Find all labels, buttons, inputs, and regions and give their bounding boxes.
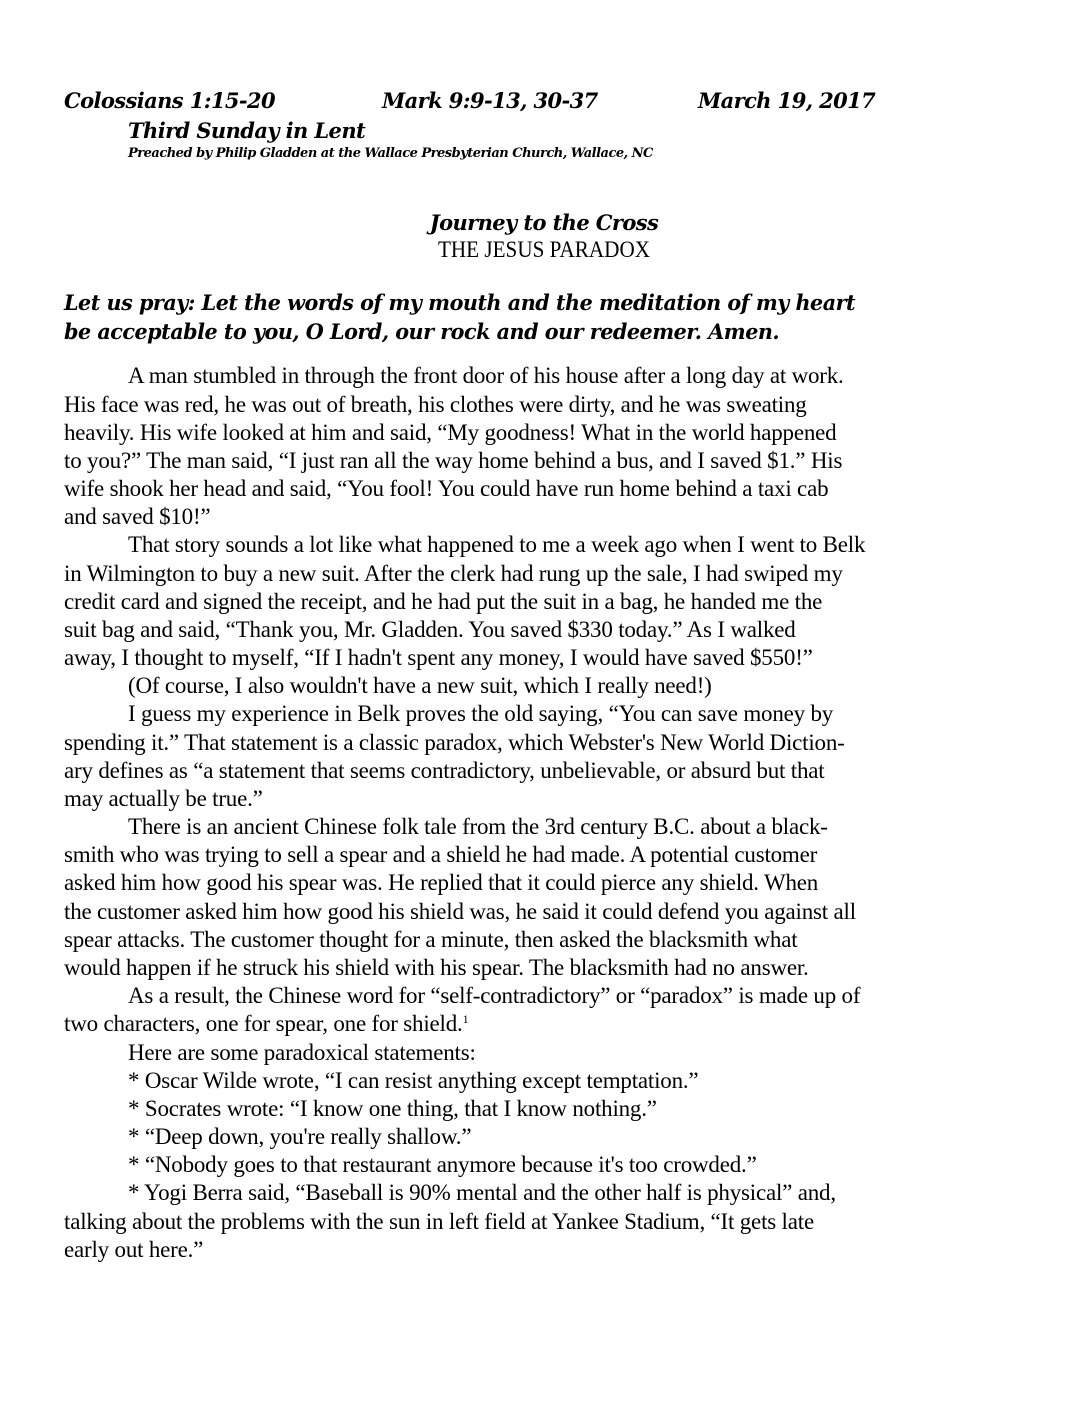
paradox-list-item: * Oscar Wilde wrote, “I can resist anyth… bbox=[128, 1068, 698, 1094]
sermon-page: Colossians 1:15-20 Mark 9:9-13, 30-37 Ma… bbox=[0, 0, 1088, 1408]
paradox-list-item: * Yogi Berra said, “Baseball is 90% ment… bbox=[128, 1180, 836, 1206]
footnote-marker[interactable]: 1 bbox=[463, 1012, 469, 1026]
liturgical-occasion: Third Sunday in Lent bbox=[128, 118, 365, 143]
body-line: As a result, the Chinese word for “self-… bbox=[128, 983, 860, 1009]
body-line: There is an ancient Chinese folk tale fr… bbox=[128, 814, 828, 840]
prayer-line-2: be acceptable to you, O Lord, our rock a… bbox=[64, 319, 1020, 344]
body-line: would happen if he struck his shield wit… bbox=[64, 955, 809, 981]
body-line: the customer asked him how good his shie… bbox=[64, 899, 856, 925]
body-line: smith who was trying to sell a spear and… bbox=[64, 842, 817, 868]
body-line: spear attacks. The customer thought for … bbox=[64, 927, 797, 953]
body-line: and saved $10!” bbox=[64, 504, 210, 530]
body-line: ary defines as “a statement that seems c… bbox=[64, 758, 824, 784]
preacher-line: Preached by Philip Gladden at the Wallac… bbox=[128, 146, 653, 161]
paradox-list-item: * Socrates wrote: “I know one thing, tha… bbox=[128, 1096, 657, 1122]
body-line: I guess my experience in Belk proves the… bbox=[128, 701, 833, 727]
scripture-reference-2: Mark 9:9-13, 30-37 bbox=[382, 88, 598, 113]
sermon-date: March 19, 2017 bbox=[698, 88, 875, 113]
body-line: wife shook her head and said, “You fool!… bbox=[64, 476, 828, 502]
body-line: heavily. His wife looked at him and said… bbox=[64, 420, 836, 446]
body-line: in Wilmington to buy a new suit. After t… bbox=[64, 561, 843, 587]
body-line-text: two characters, one for spear, one for s… bbox=[64, 1011, 463, 1036]
paradox-list-item: * “Deep down, you're really shallow.” bbox=[128, 1124, 471, 1150]
body-line: away, I thought to myself, “If I hadn't … bbox=[64, 645, 813, 671]
scripture-reference-1: Colossians 1:15-20 bbox=[64, 88, 275, 113]
sermon-title: THE JESUS PARADOX bbox=[44, 237, 1045, 263]
paradox-list-item: * “Nobody goes to that restaurant anymor… bbox=[128, 1152, 757, 1178]
body-line: Here are some paradoxical statements: bbox=[128, 1040, 476, 1066]
prayer-line-1: Let us pray: Let the words of my mouth a… bbox=[64, 290, 1020, 315]
body-line: spending it.” That statement is a classi… bbox=[64, 730, 845, 756]
body-line: That story sounds a lot like what happen… bbox=[128, 532, 865, 558]
body-line: talking about the problems with the sun … bbox=[64, 1209, 814, 1235]
body-line: (Of course, I also wouldn't have a new s… bbox=[128, 673, 712, 699]
body-line: suit bag and said, “Thank you, Mr. Gladd… bbox=[64, 617, 796, 643]
body-line: asked him how good his spear was. He rep… bbox=[64, 870, 818, 896]
body-line: credit card and signed the receipt, and … bbox=[64, 589, 822, 615]
body-line: A man stumbled in through the front door… bbox=[128, 363, 844, 389]
scripture-header: Colossians 1:15-20 Mark 9:9-13, 30-37 Ma… bbox=[64, 88, 964, 118]
body-line: early out here.” bbox=[64, 1237, 203, 1263]
body-line-with-footnote: two characters, one for spear, one for s… bbox=[64, 1011, 468, 1037]
body-line: may actually be true.” bbox=[64, 786, 263, 812]
body-line: His face was red, he was out of breath, … bbox=[64, 392, 807, 418]
body-line: to you?” The man said, “I just ran all t… bbox=[64, 448, 842, 474]
sermon-series: Journey to the Cross bbox=[0, 210, 1088, 235]
